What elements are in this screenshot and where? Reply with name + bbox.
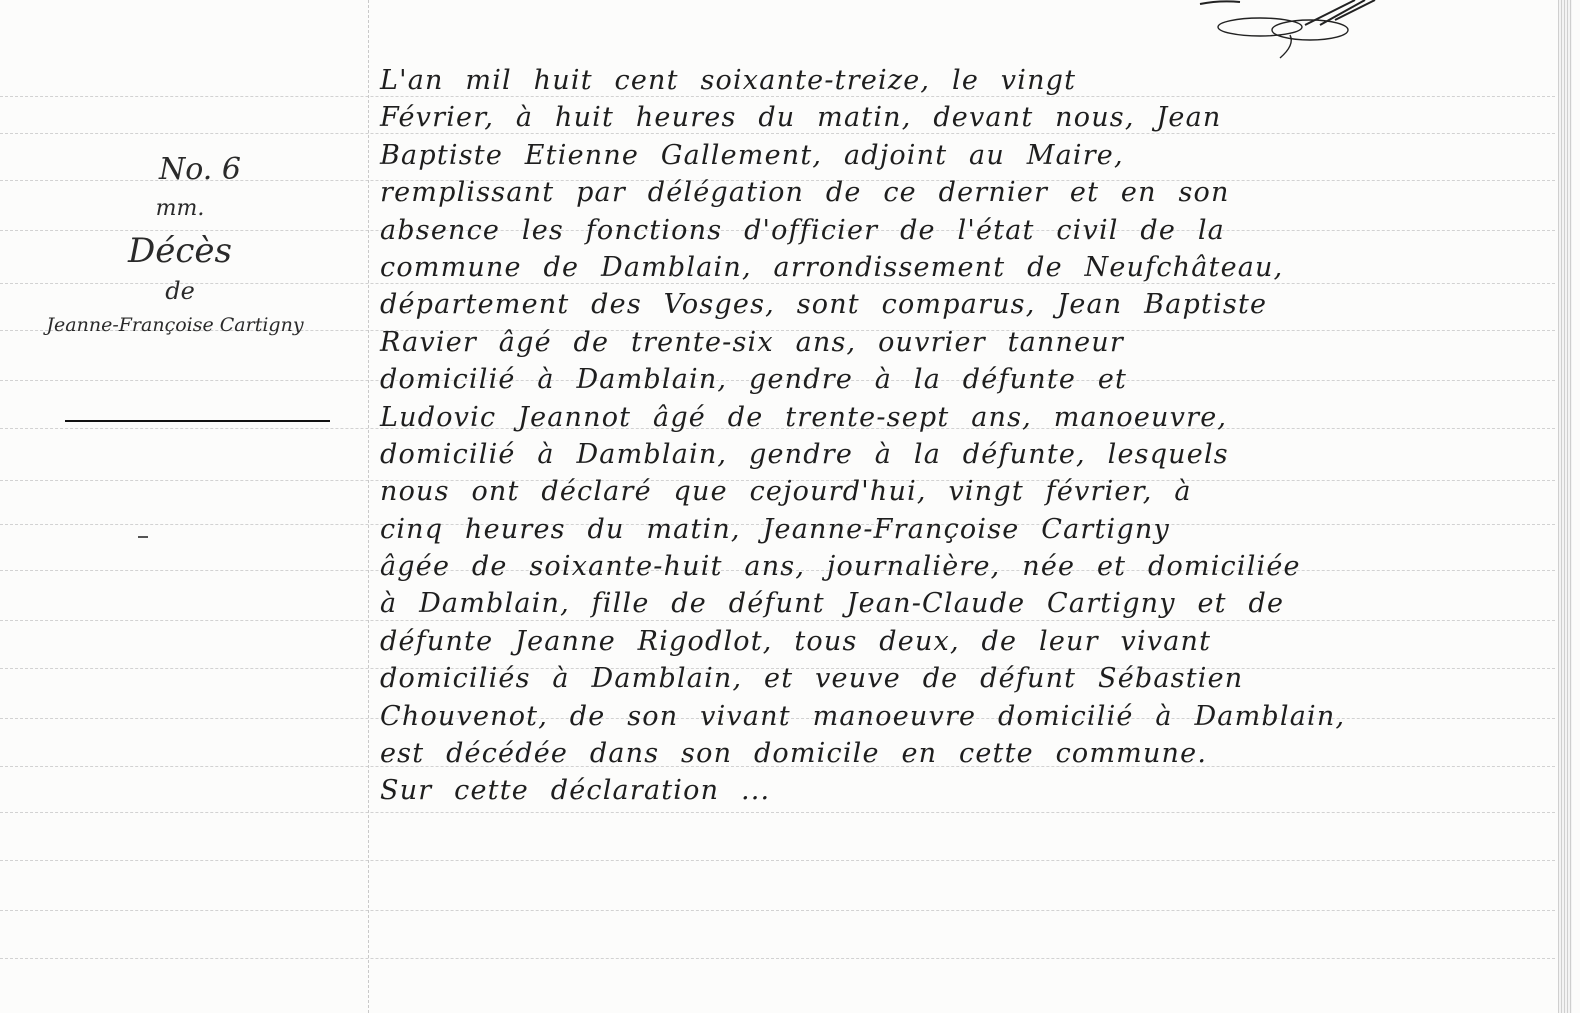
signature-flourish-icon xyxy=(1160,0,1410,60)
body-line: défunte Jeanne Rigodlot, tous deux, de l… xyxy=(380,623,1550,660)
record-type: Décès xyxy=(0,228,360,274)
record-body: L'an mil huit cent soixante-treize, le v… xyxy=(380,62,1550,810)
body-line: nous ont déclaré que cejourd'hui, vingt … xyxy=(380,473,1550,510)
name-underline xyxy=(65,420,330,422)
margin-mark xyxy=(138,536,148,538)
body-line: cinq heures du matin, Jeanne-Françoise C… xyxy=(380,511,1550,548)
body-line: domicilié à Damblain, gendre à la défunt… xyxy=(380,436,1550,473)
body-line: Baptiste Etienne Gallement, adjoint au M… xyxy=(380,137,1550,174)
record-abbreviation: mm. xyxy=(0,190,360,228)
body-line: Sur cette déclaration ... xyxy=(380,772,1550,809)
body-line: absence les fonctions d'officier de l'ét… xyxy=(380,212,1550,249)
body-line: âgée de soixante-huit ans, journalière, … xyxy=(380,548,1550,585)
ruled-line xyxy=(0,958,1555,959)
record-number: No. 6 xyxy=(40,150,360,190)
body-line: L'an mil huit cent soixante-treize, le v… xyxy=(380,62,1550,99)
ruled-line xyxy=(0,812,1555,813)
ruled-line xyxy=(0,860,1555,861)
deceased-name: Jeanne-Françoise Cartigny xyxy=(0,308,360,342)
body-line: Chouvenot, de son vivant manoeuvre domic… xyxy=(380,698,1550,735)
body-line: domicilié à Damblain, gendre à la défunt… xyxy=(380,361,1550,398)
ruled-line xyxy=(0,910,1555,911)
register-page: No. 6 mm. Décès de Jeanne-Françoise Cart… xyxy=(0,0,1580,1013)
margin-annotation: No. 6 mm. Décès de Jeanne-Françoise Cart… xyxy=(0,150,360,342)
body-line: Ludovic Jeannot âgé de trente-sept ans, … xyxy=(380,399,1550,436)
body-line: est décédée dans son domicile en cette c… xyxy=(380,735,1550,772)
body-line: commune de Damblain, arrondissement de N… xyxy=(380,249,1550,286)
body-line: remplissant par délégation de ce dernier… xyxy=(380,174,1550,211)
body-line: à Damblain, fille de défunt Jean-Claude … xyxy=(380,585,1550,622)
body-line: département des Vosges, sont comparus, J… xyxy=(380,286,1550,323)
body-line: Février, à huit heures du matin, devant … xyxy=(380,99,1550,136)
body-line: domiciliés à Damblain, et veuve de défun… xyxy=(380,660,1550,697)
margin-line xyxy=(368,0,369,1013)
page-edge xyxy=(1558,0,1572,1013)
record-preposition: de xyxy=(0,274,360,308)
body-line: Ravier âgé de trente-six ans, ouvrier ta… xyxy=(380,324,1550,361)
